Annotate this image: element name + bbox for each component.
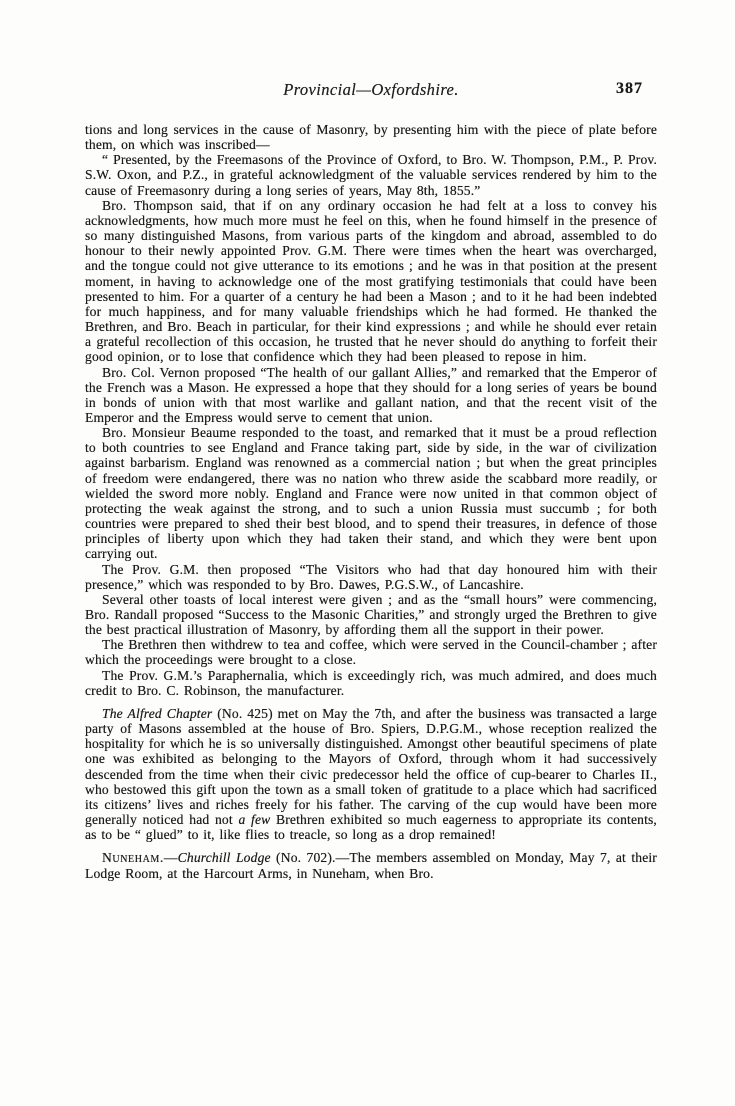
- italic-text: a few: [238, 812, 270, 827]
- paragraph: The Prov. G.M. then proposed “The Visito…: [85, 562, 657, 592]
- paragraph: Several other toasts of local interest w…: [85, 592, 657, 637]
- page-body: tions and long services in the cause of …: [85, 122, 657, 881]
- page-number: 387: [616, 80, 643, 98]
- paragraph: tions and long services in the cause of …: [85, 122, 657, 152]
- paragraph: Bro. Col. Vernon proposed “The health of…: [85, 365, 657, 426]
- paragraph: Bro. Thompson said, that if on any ordin…: [85, 198, 657, 365]
- italic-text: The Alfred Chapter: [102, 706, 212, 721]
- body-text-run: Bro. Thompson said, that if on any ordin…: [85, 198, 657, 365]
- paragraph: Nuneham.—Churchill Lodge (No. 702).—The …: [85, 850, 657, 880]
- body-text-run: —: [164, 850, 178, 865]
- scanned-document-page: Provincial—Oxfordshire. 387 tions and lo…: [0, 0, 735, 1106]
- body-text-run: The Brethren then withdrew to tea and co…: [85, 637, 657, 667]
- body-text-run: tions and long services in the cause of …: [85, 122, 657, 152]
- body-text-run: Bro. Monsieur Beaume responded to the to…: [85, 425, 657, 561]
- body-text-run: (No. 425) met on May the 7th, and after …: [85, 706, 657, 827]
- page-title: Provincial—Oxfordshire.: [85, 80, 657, 100]
- paragraph: “ Presented, by the Freemasons of the Pr…: [85, 152, 657, 197]
- italic-text: Churchill Lodge: [178, 850, 271, 865]
- paragraph: The Alfred Chapter (No. 425) met on May …: [85, 706, 657, 842]
- body-text-run: Bro. Col. Vernon proposed “The health of…: [85, 365, 657, 425]
- running-head: Provincial—Oxfordshire. 387: [85, 80, 657, 102]
- smallcaps-text: Nuneham.: [102, 850, 164, 865]
- body-text-run: “ Presented, by the Freemasons of the Pr…: [85, 152, 657, 197]
- body-text-run: The Prov. G.M.’s Paraphernalia, which is…: [85, 668, 657, 698]
- body-text-run: Several other toasts of local interest w…: [85, 592, 657, 637]
- body-text-run: The Prov. G.M. then proposed “The Visito…: [85, 562, 657, 592]
- paragraph: Bro. Monsieur Beaume responded to the to…: [85, 425, 657, 561]
- page-content: Provincial—Oxfordshire. 387 tions and lo…: [85, 80, 657, 881]
- paragraph: The Prov. G.M.’s Paraphernalia, which is…: [85, 668, 657, 698]
- paragraph: The Brethren then withdrew to tea and co…: [85, 637, 657, 667]
